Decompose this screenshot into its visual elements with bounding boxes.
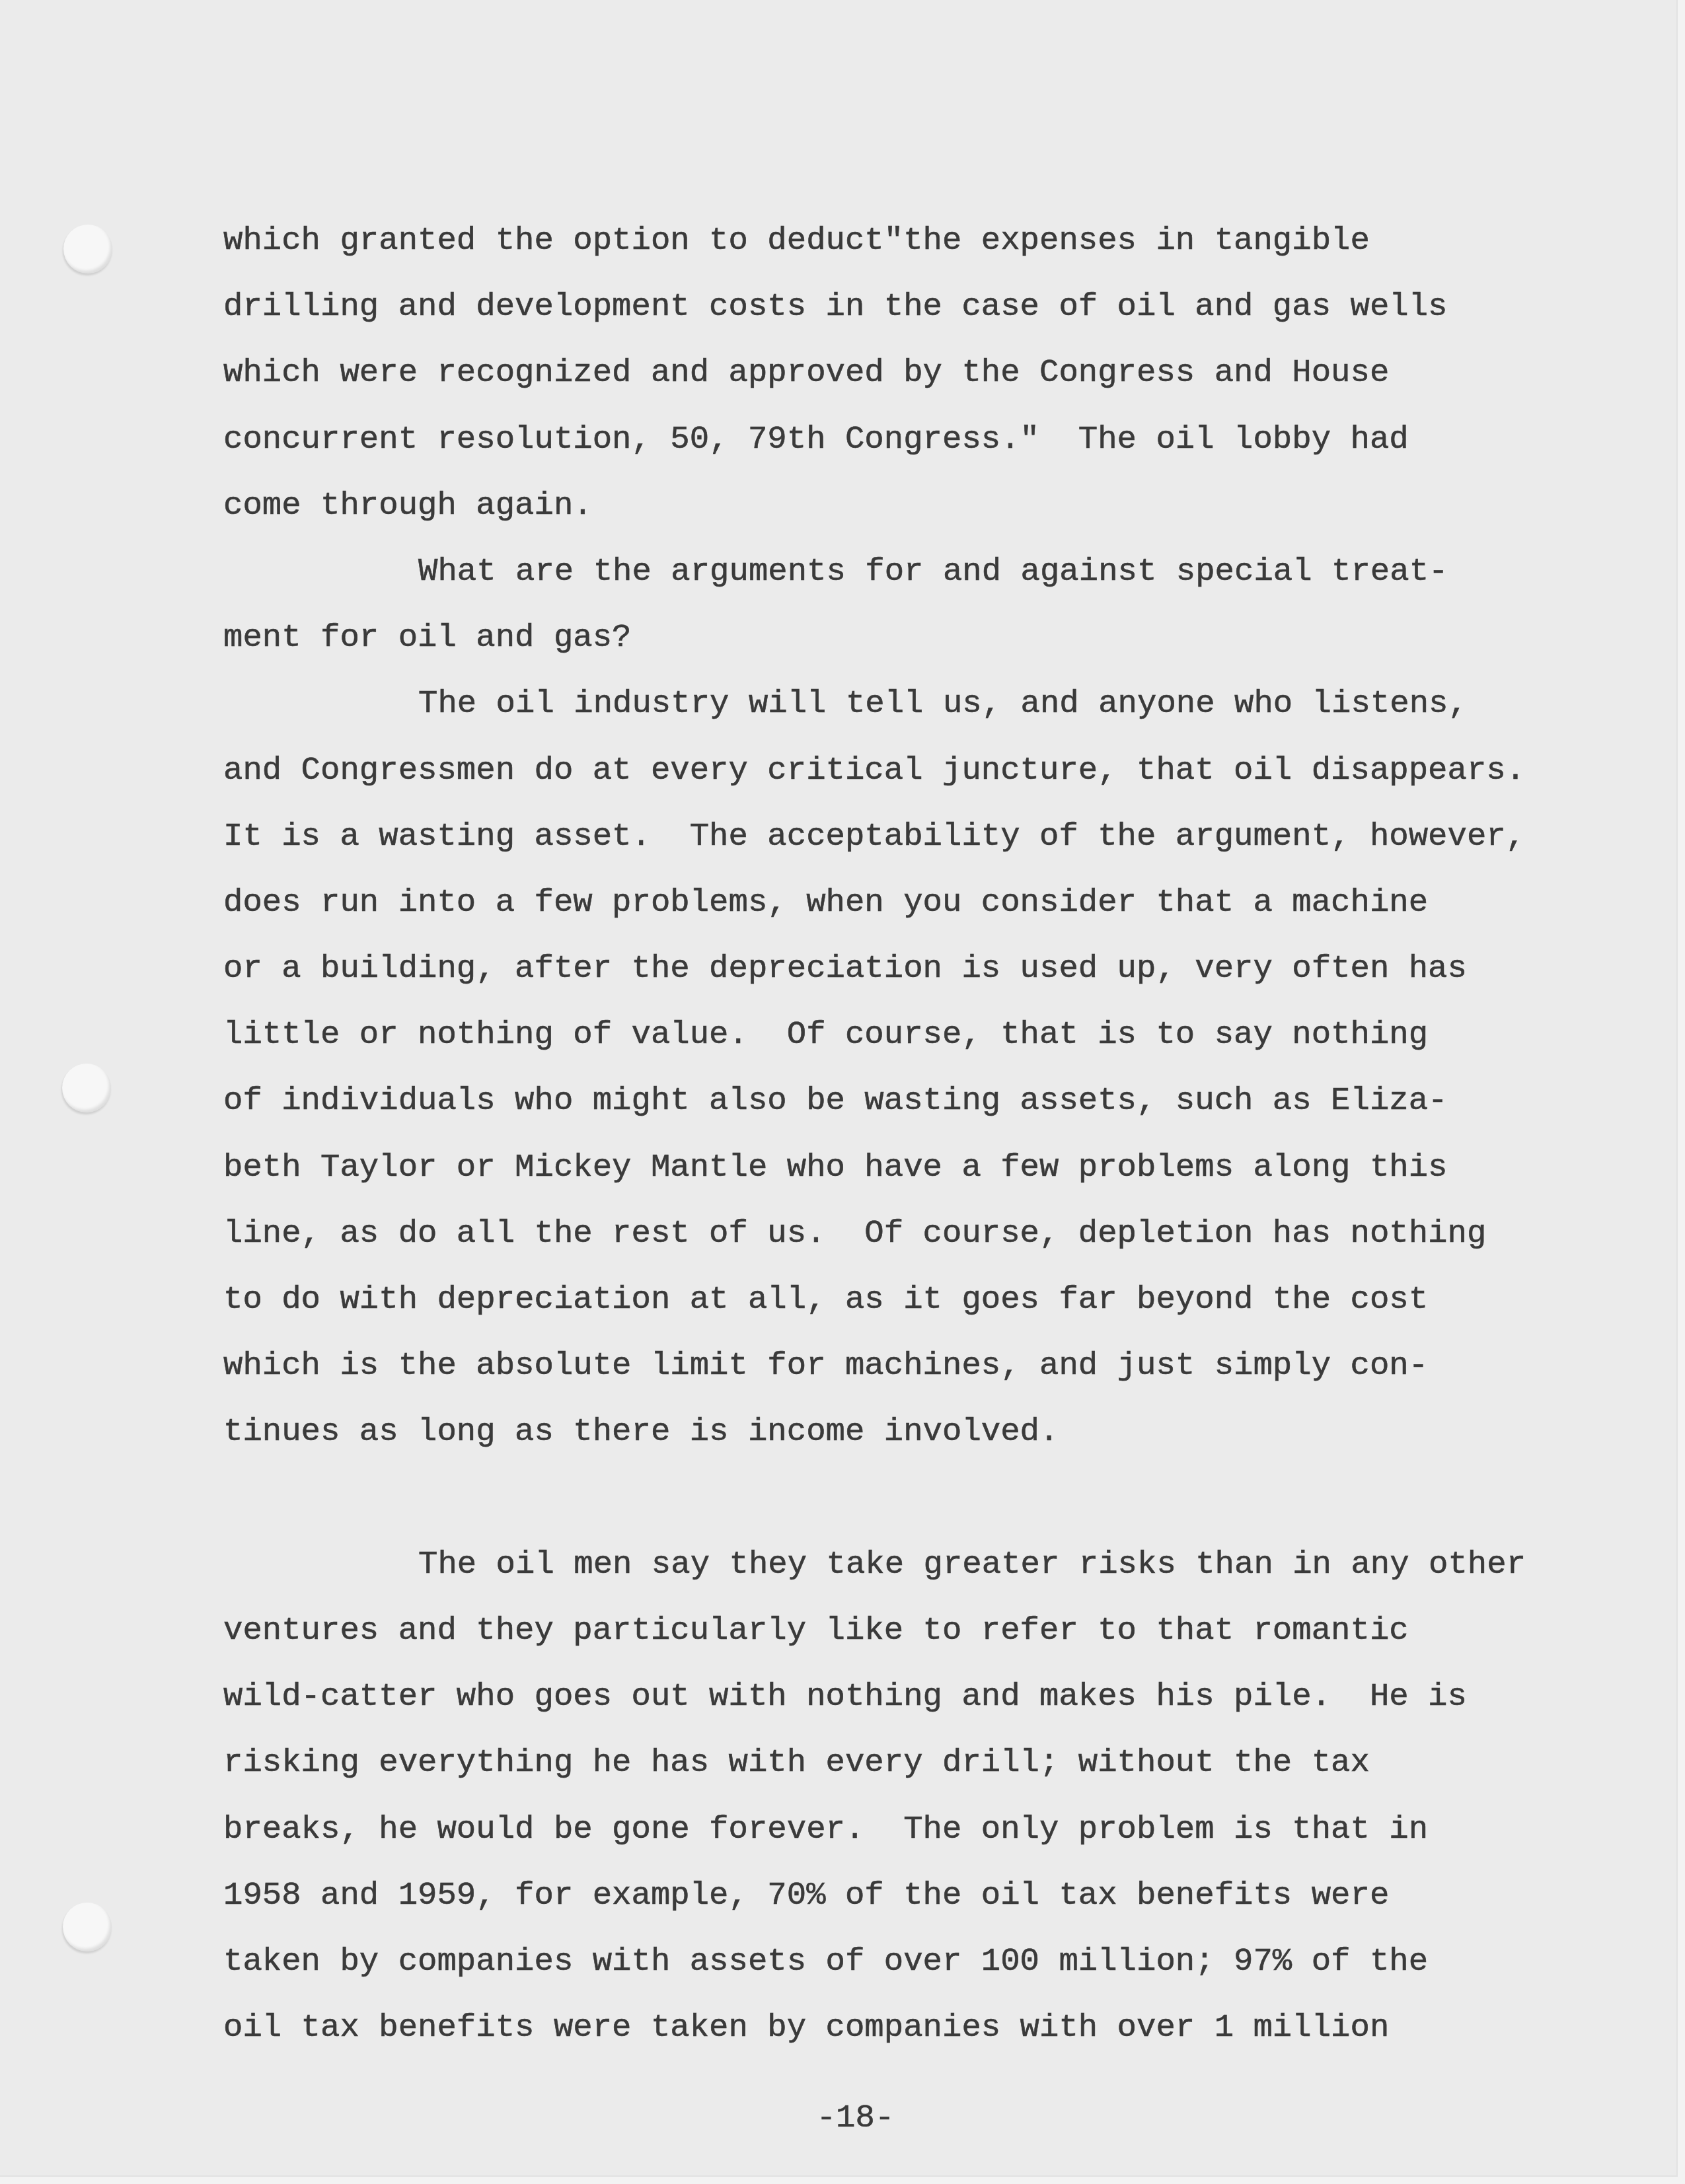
text-line: wild-catter who goes out with nothing an… (223, 1663, 1578, 1729)
text-line: risking everything he has with every dri… (223, 1729, 1578, 1796)
text-line: line, as do all the rest of us. Of cours… (223, 1200, 1578, 1266)
text-line: of individuals who might also be wasting… (223, 1068, 1578, 1134)
text-line: drilling and development costs in the ca… (223, 273, 1578, 340)
text-line: tinues as long as there is income involv… (223, 1399, 1578, 1465)
text-line: and Congressmen do at every critical jun… (223, 737, 1578, 803)
text-line: 1958 and 1959, for example, 70% of the o… (223, 1862, 1578, 1928)
text-line: which granted the option to deduct"the e… (223, 207, 1578, 273)
text-line: breaks, he would be gone forever. The on… (223, 1796, 1578, 1862)
text-line: to do with depreciation at all, as it go… (223, 1266, 1578, 1332)
text-line: or a building, after the depreciation is… (223, 935, 1578, 1001)
punch-hole-top (63, 225, 112, 273)
punch-hole-middle (62, 1064, 111, 1112)
body-text: which granted the option to deduct"the e… (223, 207, 1578, 2060)
text-line: ment for oil and gas? (223, 604, 1578, 671)
text-line: beth Taylor or Mickey Mantle who have a … (223, 1134, 1578, 1200)
text-line: little or nothing of value. Of course, t… (223, 1001, 1578, 1068)
text-line: does run into a few problems, when you c… (223, 869, 1578, 935)
text-line-indented: The oil industry will tell us, and anyon… (223, 671, 1578, 737)
text-line (223, 1465, 1578, 1531)
text-line: which is the absolute limit for machines… (223, 1332, 1578, 1399)
punch-hole-bottom (63, 1903, 112, 1951)
page-number: -18- (17, 2099, 1685, 2136)
text-line: ventures and they particularly like to r… (223, 1597, 1578, 1663)
text-line: come through again. (223, 472, 1578, 538)
text-line: It is a wasting asset. The acceptability… (223, 803, 1578, 869)
text-line: oil tax benefits were taken by companies… (223, 1994, 1578, 2060)
document-page: which granted the option to deduct"the e… (0, 0, 1678, 2177)
text-line-indented: The oil men say they take greater risks … (223, 1531, 1578, 1597)
text-line: taken by companies with assets of over 1… (223, 1928, 1578, 1994)
text-line: concurrent resolution, 50, 79th Congress… (223, 406, 1578, 472)
text-line-indented: What are the arguments for and against s… (223, 538, 1578, 604)
text-line: which were recognized and approved by th… (223, 340, 1578, 406)
